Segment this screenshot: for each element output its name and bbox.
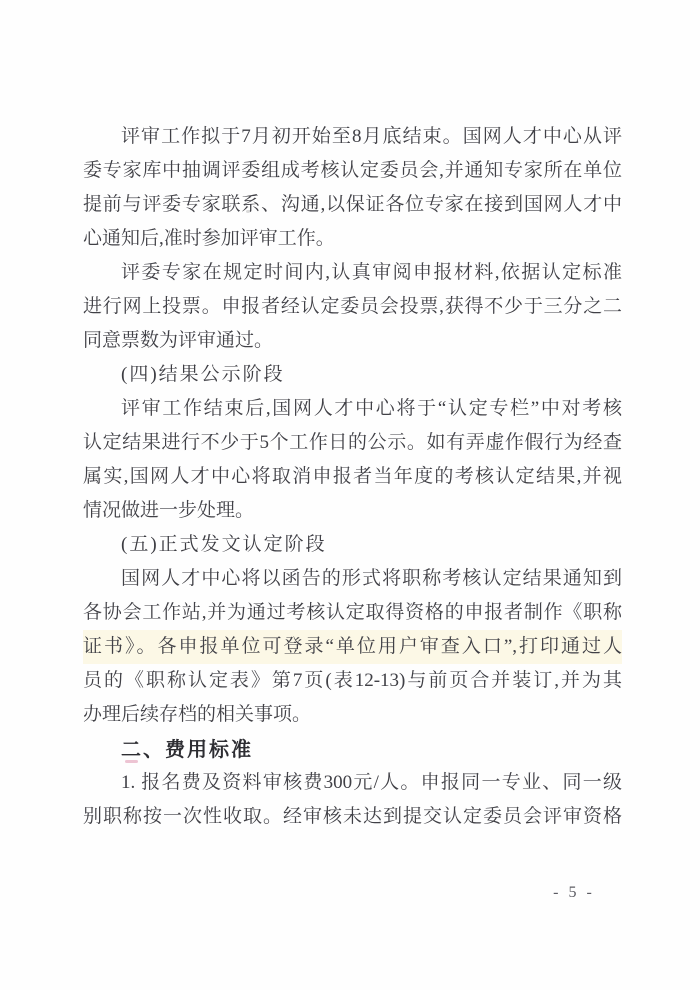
text-block: 评审工作拟于7月初开始至8月底结束。国网人才中心从评委专家库中抽调评委组成考核认…	[83, 120, 622, 834]
text-line: 各协会工作站,并为通过考核认定取得资格的申报者制作《职称	[83, 596, 622, 630]
text-line: 评审工作拟于7月初开始至8月底结束。国网人才中心从评	[83, 120, 622, 154]
text-line: 心通知后,准时参加评审工作。	[83, 222, 622, 256]
text-line: 同意票数为评审通过。	[83, 324, 622, 358]
scan-artifact-mark	[125, 760, 138, 763]
text-line: (四)结果公示阶段	[83, 358, 622, 392]
text-line: 属实,国网人才中心将取消申报者当年度的考核认定结果,并视	[83, 460, 622, 494]
text-line: 认定结果进行不少于5个工作日的公示。如有弄虚作假行为经查	[83, 426, 622, 460]
text-line: 办理后续存档的相关事项。	[83, 698, 622, 732]
text-line: 评委专家在规定时间内,认真审阅申报材料,依据认定标准	[83, 256, 622, 290]
paragraph: 评审工作结束后,国网人才中心将于“认定专栏”中对考核认定结果进行不少于5个工作日…	[83, 392, 622, 528]
sub-heading: (五)正式发文认定阶段	[83, 528, 622, 562]
paragraph: 评委专家在规定时间内,认真审阅申报材料,依据认定标准进行网上投票。申报者经认定委…	[83, 256, 622, 358]
paragraph: 评审工作拟于7月初开始至8月底结束。国网人才中心从评委专家库中抽调评委组成考核认…	[83, 120, 622, 256]
text-line: 证书》。各申报单位可登录“单位用户审查入口”,打印通过人	[83, 630, 622, 664]
text-line: 1. 报名费及资料审核费300元/人。申报同一专业、同一级	[83, 766, 622, 800]
text-line: 进行网上投票。申报者经认定委员会投票,获得不少于三分之二	[83, 290, 622, 324]
sub-heading: (四)结果公示阶段	[83, 358, 622, 392]
document-page: 评审工作拟于7月初开始至8月底结束。国网人才中心从评委专家库中抽调评委组成考核认…	[0, 0, 700, 990]
text-line: 评审工作结束后,国网人才中心将于“认定专栏”中对考核	[83, 392, 622, 426]
text-line: 二、费用标准	[83, 732, 622, 766]
text-line: 委专家库中抽调评委组成考核认定委员会,并通知专家所在单位	[83, 154, 622, 188]
text-line: 情况做进一步处理。	[83, 494, 622, 528]
scan-noise-dot	[246, 210, 250, 213]
text-line: 提前与评委专家联系、沟通,以保证各位专家在接到国网人才中	[83, 188, 622, 222]
text-line: (五)正式发文认定阶段	[83, 528, 622, 562]
paragraph: 1. 报名费及资料审核费300元/人。申报同一专业、同一级别职称按一次性收取。经…	[83, 766, 622, 834]
section-heading: 二、费用标准	[83, 732, 622, 766]
page-number: - 5 -	[538, 884, 610, 902]
paragraph: 国网人才中心将以函告的形式将职称考核认定结果通知到各协会工作站,并为通过考核认定…	[83, 562, 622, 732]
text-line: 员的《职称认定表》第7页(表12-13)与前页合并装订,并为其	[83, 664, 622, 698]
text-line: 国网人才中心将以函告的形式将职称考核认定结果通知到	[83, 562, 622, 596]
text-line: 别职称按一次性收取。经审核未达到提交认定委员会评审资格	[83, 800, 622, 834]
